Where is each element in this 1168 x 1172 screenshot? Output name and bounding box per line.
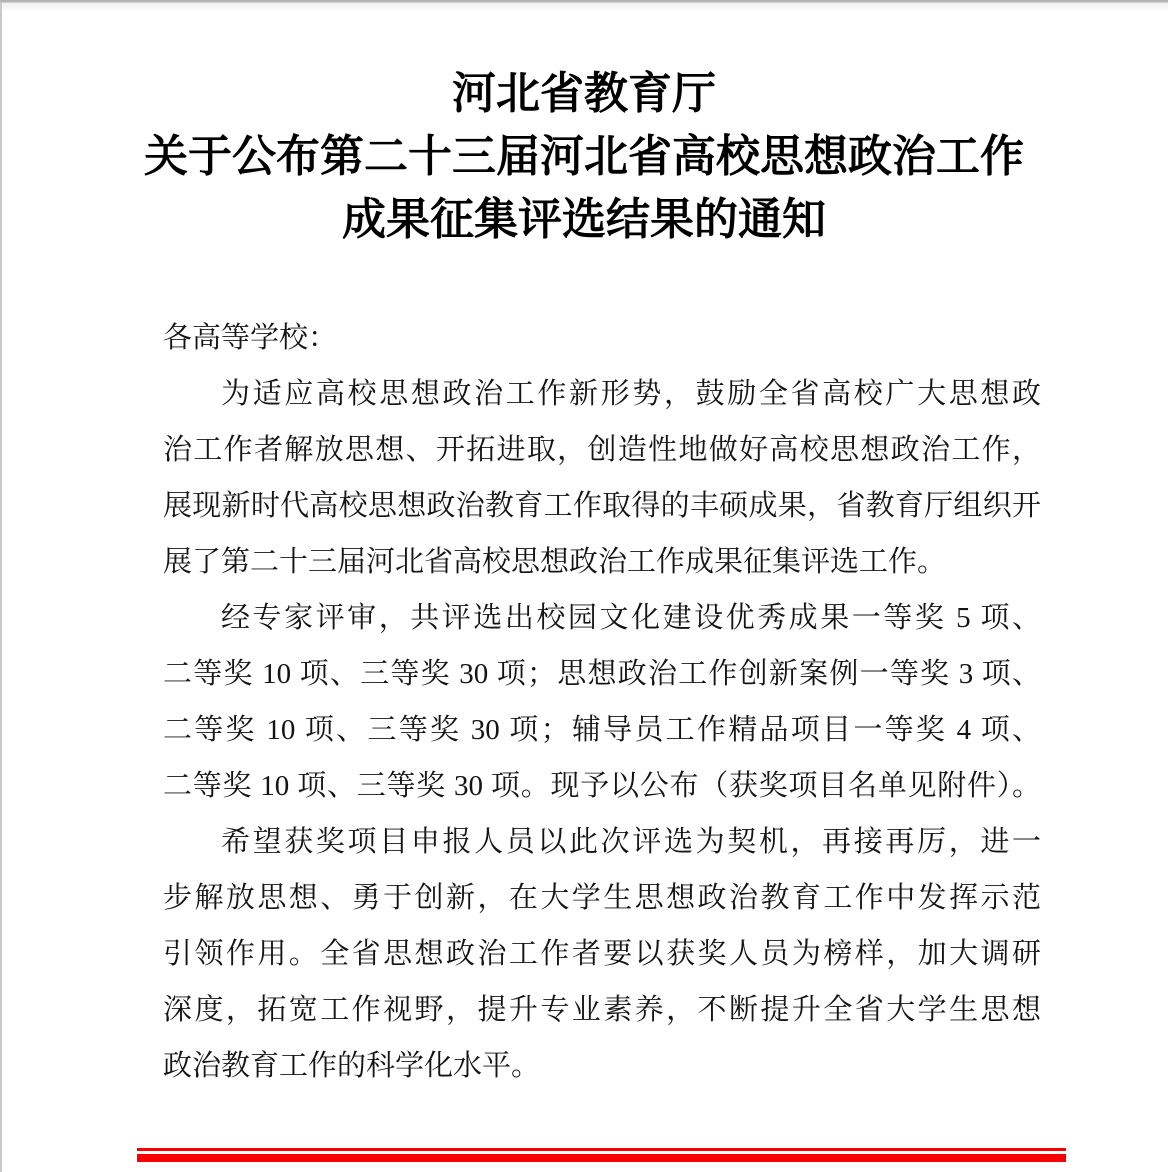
document-title: 河北省教育厅 关于公布第二十三届河北省高校思想政治工作 成果征集评选结果的通知 bbox=[64, 62, 1104, 251]
red-divider-thick-line bbox=[137, 1154, 1066, 1162]
body-line: 为适应高校思想政治工作新形势，鼓励全省高校广大思想政 bbox=[163, 366, 1041, 422]
body-line: 引领作用。全省思想政治工作者要以获奖人员为榜样，加大调研 bbox=[163, 926, 1041, 982]
title-line-3: 成果征集评选结果的通知 bbox=[64, 188, 1104, 251]
red-divider bbox=[137, 1148, 1066, 1162]
document-body: 各高等学校： 为适应高校思想政治工作新形势，鼓励全省高校广大思想政 治工作者解放… bbox=[163, 310, 1041, 1094]
body-line: 希望获奖项目申报人员以此次评选为契机，再接再厉，进一 bbox=[163, 814, 1041, 870]
title-line-2: 关于公布第二十三届河北省高校思想政治工作 bbox=[64, 125, 1104, 188]
viewer-top-edge bbox=[0, 0, 1168, 12]
viewer-left-edge bbox=[0, 2, 2, 1172]
salutation: 各高等学校： bbox=[163, 310, 1041, 366]
body-line: 二等奖 10 项、三等奖 30 项；辅导员工作精品项目一等奖 4 项、 bbox=[163, 702, 1041, 758]
body-line: 深度，拓宽工作视野，提升专业素养，不断提升全省大学生思想 bbox=[163, 982, 1041, 1038]
body-line: 二等奖 10 项、三等奖 30 项；思想政治工作创新案例一等奖 3 项、 bbox=[163, 646, 1041, 702]
body-line: 展了第二十三届河北省高校思想政治工作成果征集评选工作。 bbox=[163, 534, 1041, 590]
body-line: 展现新时代高校思想政治教育工作取得的丰硕成果，省教育厅组织开 bbox=[163, 478, 1041, 534]
body-line: 治工作者解放思想、开拓进取，创造性地做好高校思想政治工作， bbox=[163, 422, 1041, 478]
body-line: 政治教育工作的科学化水平。 bbox=[163, 1038, 1041, 1094]
body-line: 经专家评审，共评选出校园文化建设优秀成果一等奖 5 项、 bbox=[163, 590, 1041, 646]
body-line: 二等奖 10 项、三等奖 30 项。现予以公布（获奖项目名单见附件）。 bbox=[163, 758, 1041, 814]
title-line-1: 河北省教育厅 bbox=[64, 62, 1104, 125]
body-line: 步解放思想、勇于创新，在大学生思想政治教育工作中发挥示范 bbox=[163, 870, 1041, 926]
